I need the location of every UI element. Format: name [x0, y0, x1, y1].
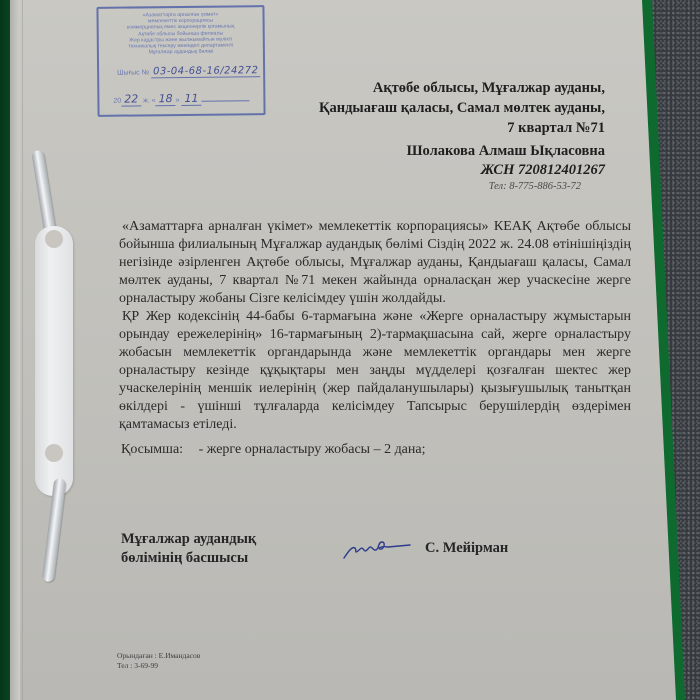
attachment-item: - жерге орналастыру жобасы – 2 дана;: [199, 442, 426, 457]
body-paragraph: ҚР Жер кодексінің 44-бабы 6-тармағына жә…: [119, 308, 631, 434]
fastener-hole: [45, 230, 63, 248]
binder-fastener-strip: [35, 226, 73, 496]
registration-stamp: «Азаматтарға арналған үкімет» мемлекетті…: [96, 5, 265, 117]
reg-number: 03-04-68-16/24272: [151, 65, 261, 78]
attachment-label: Қосымша:: [121, 442, 183, 457]
handwritten-signature-icon: [342, 536, 412, 562]
page-fold-line: [22, 0, 23, 700]
date-year: 22: [121, 92, 141, 106]
signatory-title-line: Мұғалжар аудандық: [121, 530, 256, 549]
address-line: 7 квартал №71: [319, 118, 605, 138]
stamp-line: Мұғалжар аудандық бөлімі: [103, 48, 259, 56]
address-block: Ақтөбе облысы, Мұғалжар ауданы, Қандыаға…: [319, 78, 605, 138]
date-prefix: 20: [113, 98, 121, 105]
recipient-name: Шолакова Алмаш Ықласовна: [407, 142, 605, 161]
executor-name: Орындаған : Е.Имандасов: [117, 651, 200, 661]
date-day-suffix: »: [176, 97, 180, 104]
date-month: 11: [181, 92, 201, 106]
recipient-iin: ЖСН 720812401267: [407, 161, 605, 180]
stamp-registration-number: Шығыс № 03-04-68-16/24272: [117, 65, 260, 78]
date-day: 18: [156, 92, 176, 106]
recipient-phone: Тел: 8-775-886-53-72: [407, 180, 581, 194]
attachment-line: Қосымша: - жерге орналастыру жобасы – 2 …: [121, 442, 426, 458]
executor-phone: Тел : 3-69-99: [117, 661, 200, 671]
date-year-suffix: ж. «: [143, 97, 156, 104]
date-blank-line: [201, 100, 249, 102]
stamp-header: «Азаматтарға арналған үкімет» мемлекетті…: [102, 11, 258, 56]
body-paragraph: «Азаматтарға арналған үкімет» мемлекетті…: [119, 218, 631, 308]
address-line: Ақтөбе облысы, Мұғалжар ауданы,: [319, 78, 605, 98]
fastener-hole: [45, 444, 63, 462]
executor-footer: Орындаған : Е.Имандасов Тел : 3-69-99: [117, 651, 200, 671]
letter-body: «Азаматтарға арналған үкімет» мемлекетті…: [119, 218, 631, 434]
address-line: Қандыағаш қаласы, Самал мөлтек ауданы,: [319, 98, 605, 118]
page-edge: [10, 0, 20, 700]
signatory-title: Мұғалжар аудандық бөлімінің басшысы: [121, 530, 256, 568]
signatory-title-line: бөлімінің басшысы: [121, 549, 256, 568]
signatory-name: С. Мейірман: [425, 540, 508, 557]
stamp-date: 2022 ж. «18» 11: [113, 91, 249, 105]
reg-label: Шығыс №: [117, 69, 149, 76]
recipient-block: Шолакова Алмаш Ықласовна ЖСН 72081240126…: [407, 142, 605, 194]
